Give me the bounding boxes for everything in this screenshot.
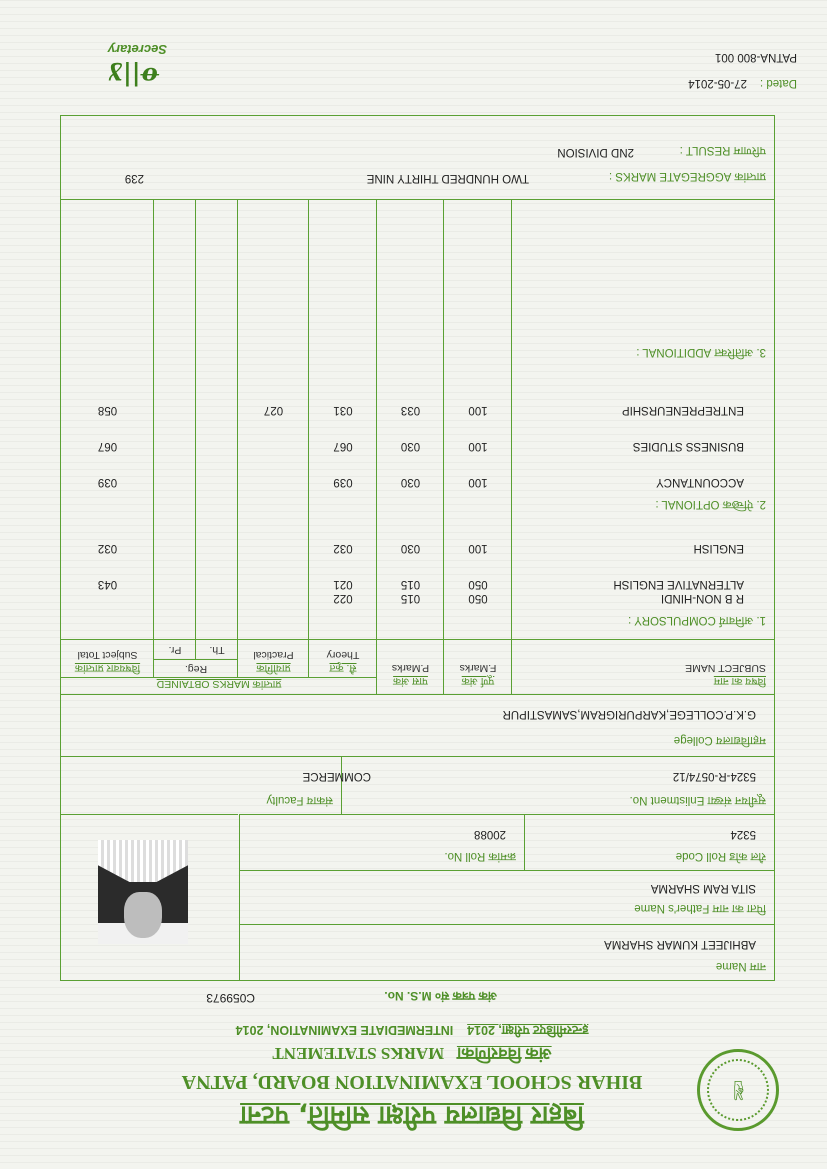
subject-name: ALTERNATIVE ENGLISH bbox=[613, 578, 744, 590]
cell-theory: 021 bbox=[309, 578, 377, 590]
father-name-value: SITA RAM SHARMA bbox=[651, 882, 756, 894]
exam-title-hindi: इन्टरमीडिएट परीक्षा, 2014 bbox=[467, 1023, 588, 1037]
ms-no-label: अंक पत्रक सं० M.S. No. bbox=[384, 988, 497, 1005]
col-line bbox=[237, 200, 238, 678]
cell-practical: 027 bbox=[238, 404, 309, 416]
roll-code-value: 5324 bbox=[730, 828, 756, 840]
cell-fmarks: 100 bbox=[444, 542, 512, 554]
exam-title: इन्टरमीडिएट परीक्षा, 2014 INTERMEDIATE E… bbox=[147, 1022, 677, 1039]
cell-theory: 031 bbox=[309, 404, 377, 416]
cell-total: 039 bbox=[61, 476, 154, 488]
cell-theory: 039 bbox=[309, 476, 377, 488]
table-bottom-line bbox=[61, 199, 774, 200]
dated-value: 27-05-2014 bbox=[688, 77, 747, 89]
cell-fmarks: 050 bbox=[444, 578, 512, 590]
college-label: महाविद्यालय College bbox=[674, 733, 766, 748]
faculty-value: COMMERCE bbox=[303, 770, 371, 782]
cell-theory: 067 bbox=[309, 440, 377, 452]
college-cell: महाविद्यालय College G.K.P.COLLEGE,KARPUR… bbox=[61, 694, 774, 756]
cell-pmarks: 030 bbox=[377, 542, 444, 554]
marks-statement-frame: नाम Name ABHIJEET KUMAR SHARMA पिता का न… bbox=[60, 115, 775, 981]
cell-pmarks: 033 bbox=[377, 404, 444, 416]
subject-name: ENTREPRENEURSHIP bbox=[622, 404, 744, 416]
roll-no-value: 20088 bbox=[474, 828, 506, 840]
secretary-label: Secretary bbox=[108, 42, 167, 57]
section-title: 1. अनिवार्य COMPULSORY : bbox=[628, 613, 766, 628]
theory-header: सै. कृत Theory bbox=[309, 649, 377, 675]
cell-theory: 032 bbox=[309, 542, 377, 554]
secretary-signature: ꝋ||ɣ bbox=[109, 62, 159, 91]
father-name-cell: पिता का नाम Father's Name SITA RAM SHARM… bbox=[239, 870, 774, 924]
cell-pmarks: 030 bbox=[377, 476, 444, 488]
reg-th-header: Th. bbox=[196, 644, 238, 656]
name-cell: नाम Name ABHIJEET KUMAR SHARMA bbox=[239, 924, 774, 980]
name-value: ABHIJEET KUMAR SHARMA bbox=[604, 938, 756, 950]
section-title: 3. अतिरिक्त ADDITIONAL : bbox=[636, 345, 766, 360]
cell-total: 067 bbox=[61, 440, 154, 452]
roll-code-label: रौल कोड Roll Code bbox=[676, 849, 766, 864]
student-photo bbox=[98, 840, 188, 944]
header-bottom-line bbox=[61, 639, 774, 640]
emblem-hand-icon: ✌ bbox=[707, 1059, 769, 1121]
cell-fmarks: 100 bbox=[444, 404, 512, 416]
col-line bbox=[308, 200, 309, 678]
cell-total: 032 bbox=[61, 542, 154, 554]
cell-total: 043 bbox=[61, 578, 154, 590]
marks-obtained-header: प्राप्तांक MARKS OBTAINED bbox=[61, 677, 377, 691]
statement-title-hindi: अंक विवरणिका bbox=[457, 1044, 552, 1063]
reg-header-line bbox=[154, 659, 238, 660]
col-line bbox=[195, 200, 196, 660]
subject-header: विषय का नाम SUBJECT NAME bbox=[526, 662, 766, 688]
cell-total: 058 bbox=[61, 404, 154, 416]
col-line bbox=[153, 200, 154, 678]
subject-name: ENGLISH bbox=[694, 542, 745, 554]
cell-theory: 022 bbox=[309, 592, 377, 604]
statement-title-english: MARKS STATEMENT bbox=[272, 1044, 444, 1063]
reg-header: Reg. bbox=[154, 663, 238, 675]
roll-no-label: क्रमांक Roll No. bbox=[444, 849, 516, 864]
enlistment-cell: सूचीयन संख्या Enlistment No. 5324-R-0574… bbox=[341, 756, 774, 814]
board-title-hindi: बिहार विद्यालय परीक्षा समिति, पटना bbox=[187, 1099, 637, 1135]
aggregate-value: 239 bbox=[125, 172, 144, 184]
subject-total-header: विषयवार प्राप्तांक Subject Total bbox=[61, 649, 154, 675]
subject-name: BUSINESS STUDIES bbox=[633, 440, 744, 452]
photo-face bbox=[124, 892, 162, 938]
cell-fmarks: 100 bbox=[444, 476, 512, 488]
fmarks-header: पूर्ण अंक F.Marks bbox=[444, 662, 512, 688]
practical-header: प्रायोगिक Practical bbox=[238, 649, 309, 675]
bseb-emblem-icon: ✌ bbox=[697, 1049, 779, 1131]
board-address: PATNA-800 001 bbox=[715, 51, 797, 63]
statement-title: अंक विवरणिका MARKS STATEMENT bbox=[147, 1043, 677, 1066]
result-value: 2ND DIVISION bbox=[557, 146, 634, 158]
college-value: G.K.P.COLLEGE,KARPURIGRAM,SAMASTIPUR bbox=[503, 708, 757, 720]
roll-code-cell: रौल कोड Roll Code 5324 bbox=[524, 814, 774, 870]
aggregate-words: TWO HUNDRED THIRTY NINE bbox=[367, 172, 529, 184]
name-label: नाम Name bbox=[716, 959, 766, 974]
enlistment-label: सूचीयन संख्या Enlistment No. bbox=[630, 793, 766, 808]
subject-name: R B NON-HINDI bbox=[661, 592, 744, 604]
cell-fmarks: 050 bbox=[444, 592, 512, 604]
result-label: परिणाम RESULT : bbox=[680, 143, 766, 158]
ms-no-value: C059973 bbox=[206, 991, 255, 1005]
cell-pmarks: 030 bbox=[377, 440, 444, 452]
roll-no-cell: क्रमांक Roll No. 20088 bbox=[239, 814, 524, 870]
subject-name: ACCOUNTANCY bbox=[656, 476, 744, 488]
section-title: 2. ऐच्छिक OPTIONAL : bbox=[655, 497, 766, 512]
exam-title-english: INTERMEDIATE EXAMINATION, 2014 bbox=[236, 1023, 454, 1037]
cell-pmarks: 015 bbox=[377, 592, 444, 604]
photo-cell bbox=[61, 814, 238, 980]
cell-fmarks: 100 bbox=[444, 440, 512, 452]
enlistment-value: 5324-R-0574/12 bbox=[673, 770, 756, 782]
faculty-cell: संकाय Faculty COMMERCE bbox=[61, 756, 341, 814]
aggregate-label: प्राप्तांक AGGREGATE MARKS : bbox=[609, 169, 766, 184]
photo-shirt bbox=[98, 840, 188, 882]
father-name-label: पिता का नाम Father's Name bbox=[634, 901, 766, 916]
board-title-english: BIHAR SCHOOL EXAMINATION BOARD, PATNA bbox=[147, 1070, 677, 1093]
marks-statement-page: ✌ बिहार विद्यालय परीक्षा समिति, पटना BIH… bbox=[0, 0, 827, 1169]
dated-label: Dated : bbox=[760, 77, 797, 89]
pmarks-header: पास अंक P.Marks bbox=[377, 662, 444, 688]
reg-pr-header: Pr. bbox=[154, 644, 196, 656]
cell-pmarks: 015 bbox=[377, 578, 444, 590]
faculty-label: संकाय Faculty bbox=[266, 793, 333, 808]
